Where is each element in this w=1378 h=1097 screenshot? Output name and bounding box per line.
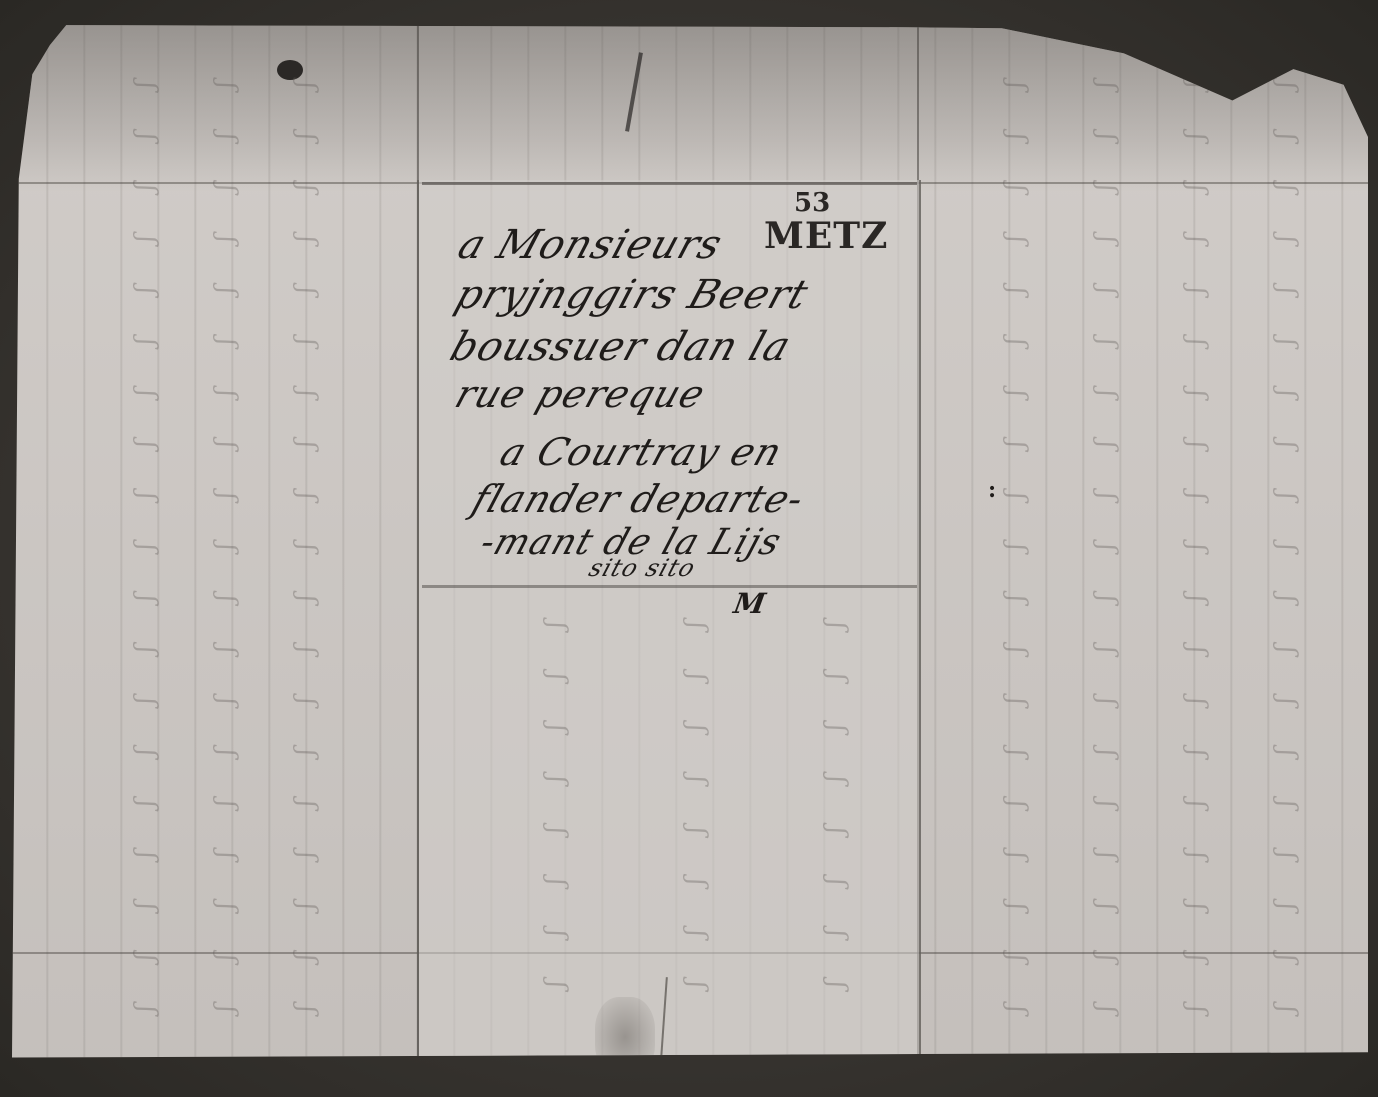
bleed-through-text: ʃ ʃ ʃ ʃ ʃ ʃ ʃ ʃ ʃ ʃ ʃ ʃ ʃ ʃ ʃ ʃ ʃ ʃ ʃ	[1272, 82, 1302, 1031]
bleed-through-text: ʃ ʃ ʃ ʃ ʃ ʃ ʃ ʃ ʃ ʃ ʃ ʃ ʃ ʃ ʃ ʃ ʃ ʃ ʃ	[1002, 82, 1032, 1031]
address-line-1: a Monsieurs	[453, 222, 729, 268]
bleed-through-text: ʃ ʃ ʃ ʃ ʃ ʃ ʃ ʃ	[542, 622, 572, 1006]
address-line-2: pryjnggirs Beert	[450, 272, 815, 318]
bleed-through-text: ʃ ʃ ʃ ʃ ʃ ʃ ʃ ʃ ʃ ʃ ʃ ʃ ʃ ʃ ʃ ʃ ʃ ʃ ʃ	[292, 82, 322, 1031]
destination-line-4: sito sito	[585, 554, 699, 582]
address-line-4: rue pereque	[450, 372, 711, 416]
bleed-through-text: ʃ ʃ ʃ ʃ ʃ ʃ ʃ ʃ	[682, 622, 712, 1006]
bleed-through-text: ʃ ʃ ʃ ʃ ʃ ʃ ʃ ʃ ʃ ʃ ʃ ʃ ʃ ʃ ʃ ʃ ʃ ʃ ʃ	[132, 82, 162, 1031]
ink-blot	[277, 60, 303, 80]
address-line-3: boussuer dan la	[445, 324, 797, 370]
bleed-through-text: ʃ ʃ ʃ ʃ ʃ ʃ ʃ ʃ	[822, 622, 852, 1006]
destination-line-2: flander departe-	[467, 477, 810, 521]
bleed-through-text: ʃ ʃ ʃ ʃ ʃ ʃ ʃ ʃ ʃ ʃ ʃ ʃ ʃ ʃ ʃ ʃ ʃ ʃ ʃ	[1182, 82, 1212, 1031]
letter-sheet: ʃ ʃ ʃ ʃ ʃ ʃ ʃ ʃ ʃ ʃ ʃ ʃ ʃ ʃ ʃ ʃ ʃ ʃ ʃ ʃ …	[12, 22, 1368, 1068]
postmark-town: METZ	[764, 218, 888, 254]
bleed-through-text: ʃ ʃ ʃ ʃ ʃ ʃ ʃ ʃ ʃ ʃ ʃ ʃ ʃ ʃ ʃ ʃ ʃ ʃ ʃ	[1092, 82, 1122, 1031]
mark-dot: :	[988, 477, 996, 503]
destination-line-1: a Courtray en	[495, 430, 788, 474]
postmark-number: 53	[794, 190, 830, 216]
bleed-through-text: ʃ ʃ ʃ ʃ ʃ ʃ ʃ ʃ ʃ ʃ ʃ ʃ ʃ ʃ ʃ ʃ ʃ ʃ ʃ	[212, 82, 242, 1031]
